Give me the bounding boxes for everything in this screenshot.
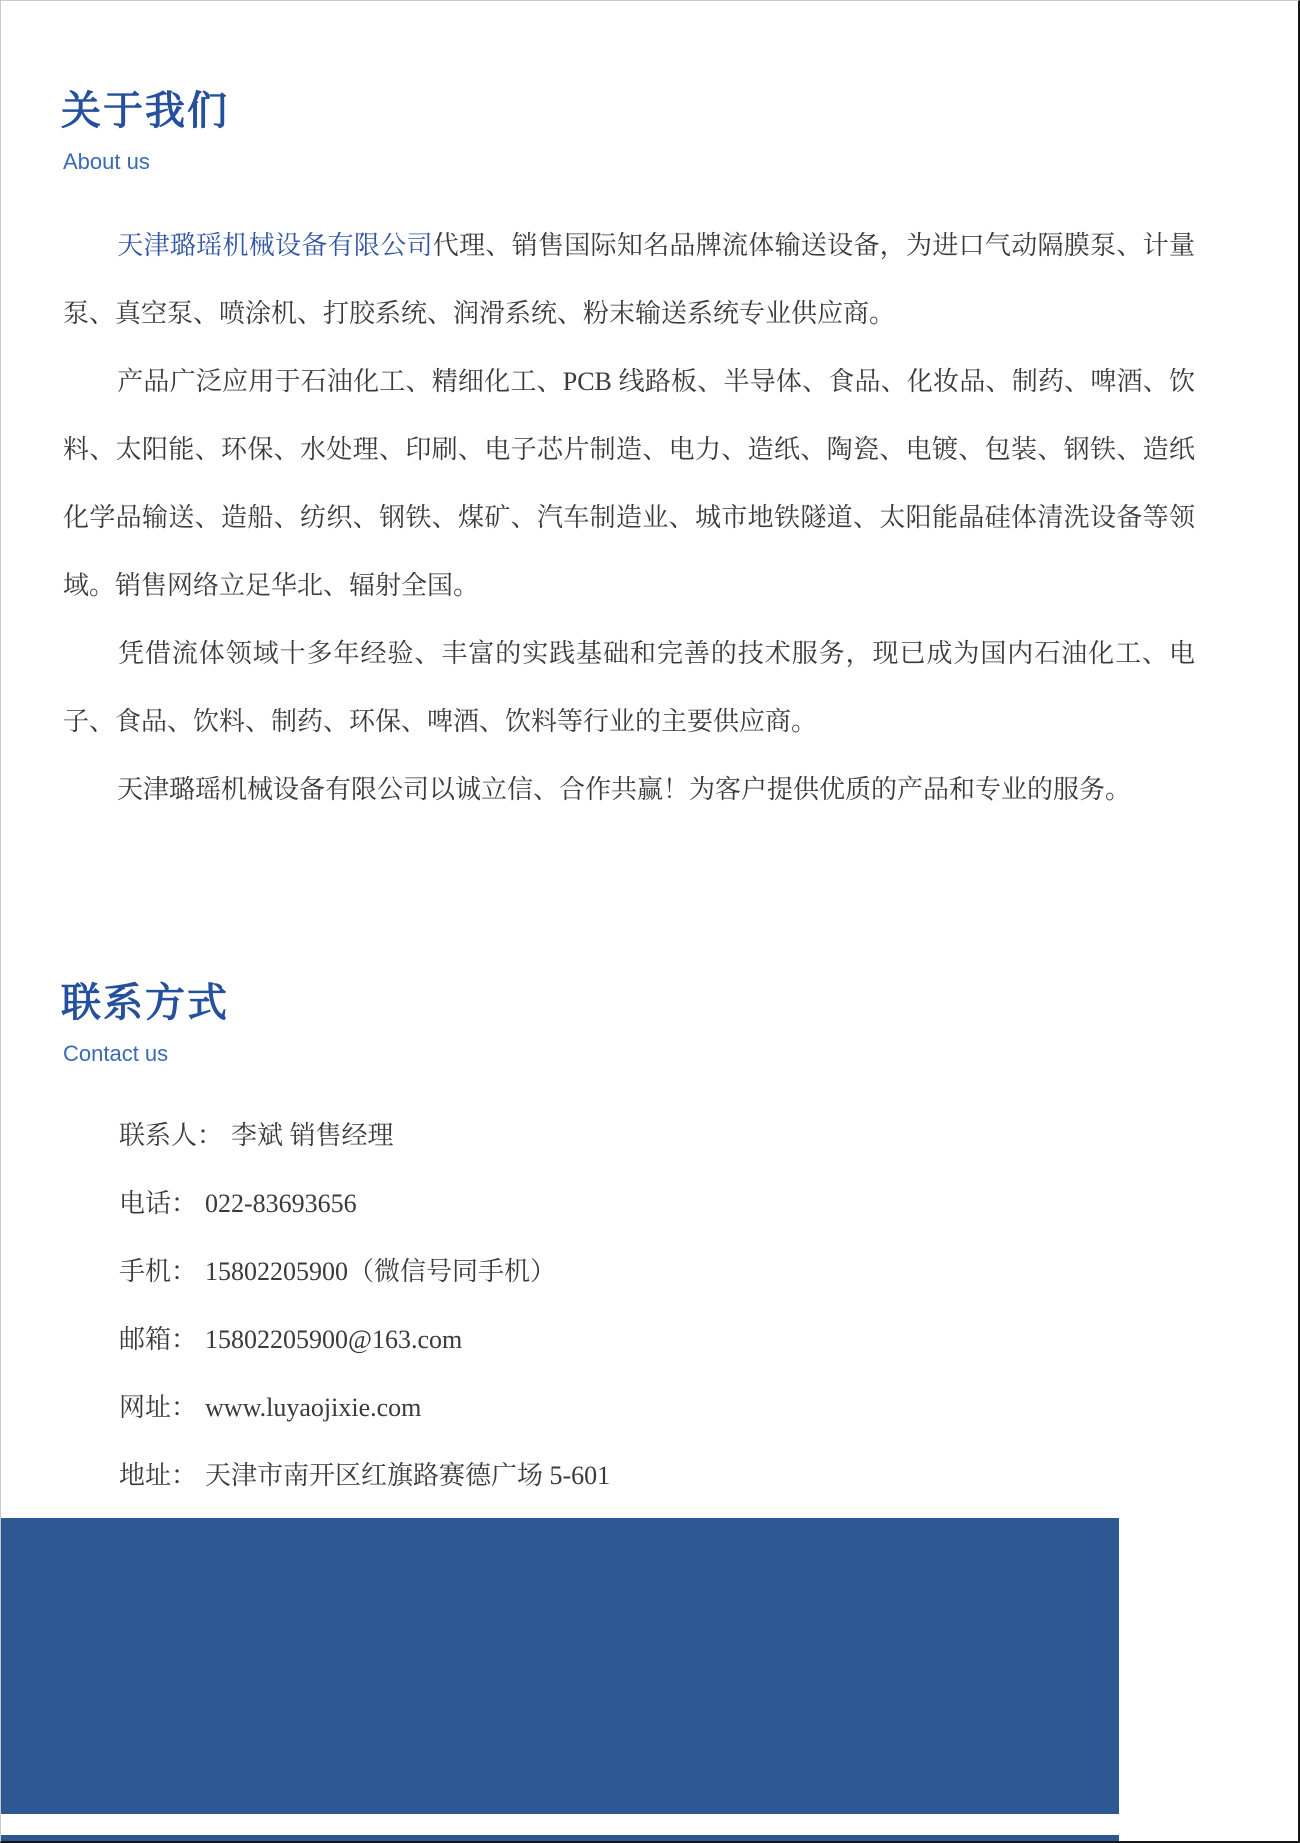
paragraph-line: 泵、真空泵、喷涂机、打胶系统、润滑系统、粉末输送系统专业供应商。 [63, 280, 1195, 348]
paragraph-text: 子、食品、饮料、制药、环保、啤酒、饮料等行业的主要供应商。 [63, 707, 817, 736]
contact-value: 李斌 销售经理 [231, 1121, 394, 1150]
contact-label: 地址： [119, 1461, 197, 1490]
paragraph-text: 化学品输送、造船、纺织、钢铁、煤矿、汽车制造业、城市地铁隧道、太阳能晶硅体清洗设… [63, 503, 1195, 532]
paragraph-text: 产品广泛应用于石油化工、精细化工、PCB 线路板、半导体、食品、化妆品、制药、啤… [117, 367, 1195, 396]
paragraph-line: 子、食品、饮料、制药、环保、啤酒、饮料等行业的主要供应商。 [63, 688, 1195, 756]
first-line-indent [63, 661, 117, 662]
document-page: 关于我们 About us 天津璐瑶机械设备有限公司代理、销售国际知名品牌流体输… [0, 0, 1300, 1843]
paragraph-text: 天津璐瑶机械设备有限公司以诚立信、合作共赢！为客户提供优质的产品和专业的服务。 [117, 775, 1131, 804]
paragraph-text: 凭借流体领域十多年经验、丰富的实践基础和完善的技术服务，现已成为国内石油化工、电 [117, 639, 1195, 668]
contact-row-mobile: 手机：15802205900（微信号同手机） [119, 1238, 1119, 1306]
contact-row-website: 网址：www.luyaojixie.com [119, 1374, 1119, 1442]
about-body: 天津璐瑶机械设备有限公司代理、销售国际知名品牌流体输送设备，为进口气动隔膜泵、计… [63, 212, 1195, 824]
contact-value: www.luyaojixie.com [205, 1393, 421, 1422]
about-subheading: About us [63, 149, 150, 175]
contact-value: 15802205900@163.com [205, 1325, 462, 1354]
company-name-text: 天津璐瑶机械设备有限公司 [117, 231, 433, 260]
paragraph-line: 产品广泛应用于石油化工、精细化工、PCB 线路板、半导体、食品、化妆品、制药、啤… [63, 348, 1195, 416]
contact-value: 15802205900（微信号同手机） [205, 1257, 556, 1286]
about-heading: 关于我们 [61, 79, 229, 136]
contact-heading: 联系方式 [61, 971, 229, 1028]
contact-value: 022-83693656 [205, 1189, 357, 1218]
paragraph-line: 天津璐瑶机械设备有限公司代理、销售国际知名品牌流体输送设备，为进口气动隔膜泵、计… [63, 212, 1195, 280]
first-line-indent [63, 389, 117, 390]
paragraph-text: 泵、真空泵、喷涂机、打胶系统、润滑系统、粉末输送系统专业供应商。 [63, 299, 895, 328]
contact-label: 邮箱： [119, 1325, 197, 1354]
contact-list: 联系人：李斌 销售经理 电话：022-83693656 手机：158022059… [119, 1102, 1119, 1510]
contact-subheading: Contact us [63, 1041, 168, 1067]
contact-row-email: 邮箱：15802205900@163.com [119, 1306, 1119, 1374]
contact-row-person: 联系人：李斌 销售经理 [119, 1102, 1119, 1170]
paragraph-line: 天津璐瑶机械设备有限公司以诚立信、合作共赢！为客户提供优质的产品和专业的服务。 [63, 756, 1195, 824]
footer-block [1, 1518, 1119, 1814]
contact-value: 天津市南开区红旗路赛德广场 5-601 [205, 1461, 610, 1490]
paragraph-line: 化学品输送、造船、纺织、钢铁、煤矿、汽车制造业、城市地铁隧道、太阳能晶硅体清洗设… [63, 484, 1195, 552]
contact-row-phone: 电话：022-83693656 [119, 1170, 1119, 1238]
contact-label: 手机： [119, 1257, 197, 1286]
first-line-indent [63, 253, 117, 254]
contact-label: 网址： [119, 1393, 197, 1422]
footer-strip [1, 1835, 1119, 1843]
paragraph-line: 凭借流体领域十多年经验、丰富的实践基础和完善的技术服务，现已成为国内石油化工、电 [63, 620, 1195, 688]
paragraph-text: 代理、销售国际知名品牌流体输送设备，为进口气动隔膜泵、计量 [433, 231, 1195, 260]
first-line-indent [63, 797, 117, 798]
contact-label: 电话： [119, 1189, 197, 1218]
paragraph-line: 域。销售网络立足华北、辐射全国。 [63, 552, 1195, 620]
contact-row-address: 地址：天津市南开区红旗路赛德广场 5-601 [119, 1442, 1119, 1510]
contact-label: 联系人： [119, 1121, 223, 1150]
paragraph-text: 料、太阳能、环保、水处理、印刷、电子芯片制造、电力、造纸、陶瓷、电镀、包装、钢铁… [63, 435, 1195, 464]
paragraph-line: 料、太阳能、环保、水处理、印刷、电子芯片制造、电力、造纸、陶瓷、电镀、包装、钢铁… [63, 416, 1195, 484]
paragraph-text: 域。销售网络立足华北、辐射全国。 [63, 571, 479, 600]
